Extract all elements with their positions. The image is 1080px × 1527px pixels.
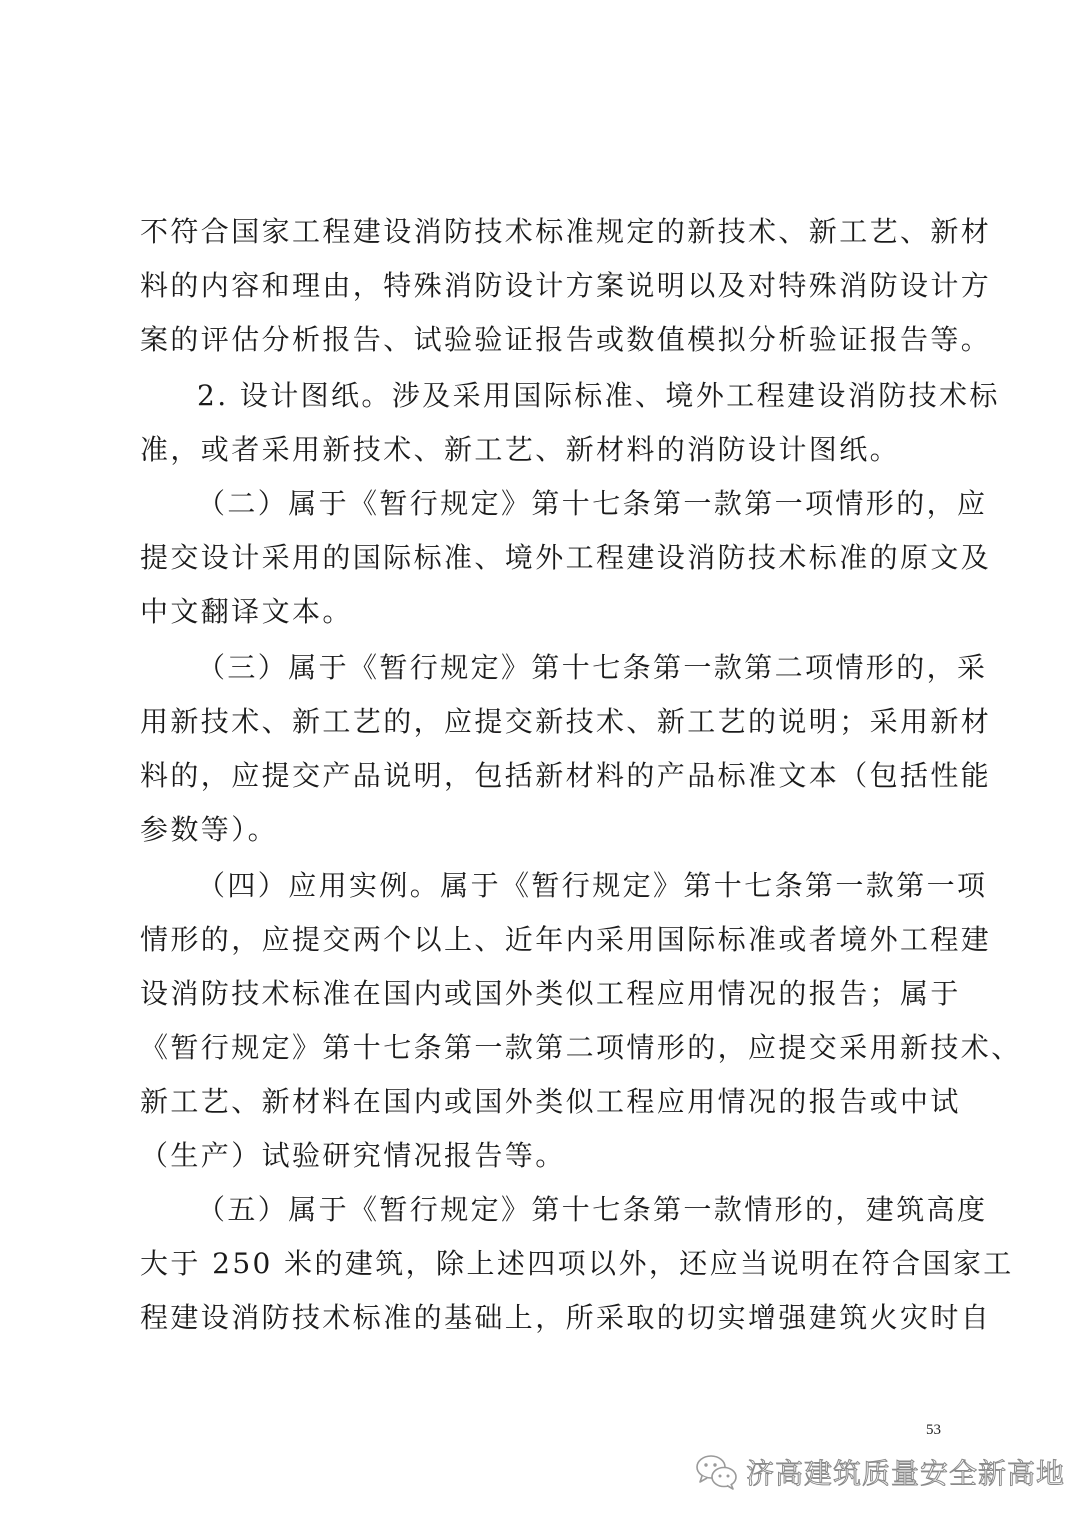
text-line: 情形的，应提交两个以上、近年内采用国际标准或者境外工程建 bbox=[140, 920, 940, 960]
text-line: （四）应用实例。属于《暂行规定》第十七条第一款第一项 bbox=[197, 866, 940, 906]
text-line: 准，或者采用新技术、新工艺、新材料的消防设计图纸。 bbox=[140, 430, 940, 470]
wechat-icon bbox=[694, 1453, 740, 1491]
document-page: 不符合国家工程建设消防技术标准规定的新技术、新工艺、新材料的内容和理由，特殊消防… bbox=[0, 0, 1080, 1527]
text-line: 提交设计采用的国际标准、境外工程建设消防技术标准的原文及 bbox=[140, 538, 940, 578]
text-line: 料的，应提交产品说明，包括新材料的产品标准文本（包括性能 bbox=[140, 756, 940, 796]
text-line: 设消防技术标准在国内或国外类似工程应用情况的报告；属于 bbox=[140, 974, 940, 1014]
text-line: 不符合国家工程建设消防技术标准规定的新技术、新工艺、新材 bbox=[140, 212, 940, 252]
text-line: 案的评估分析报告、试验验证报告或数值模拟分析验证报告等。 bbox=[140, 320, 940, 360]
watermark-text: 济高建筑质量安全新高地 bbox=[746, 1452, 1065, 1492]
text-line: （生产）试验研究情况报告等。 bbox=[140, 1136, 940, 1176]
text-line: 料的内容和理由，特殊消防设计方案说明以及对特殊消防设计方 bbox=[140, 266, 940, 306]
watermark: 济高建筑质量安全新高地 bbox=[694, 1450, 1065, 1494]
page-number: 53 bbox=[926, 1422, 941, 1439]
text-line: 《暂行规定》第十七条第一款第二项情形的，应提交采用新技术、 bbox=[140, 1028, 940, 1068]
text-line: 参数等）。 bbox=[140, 810, 940, 850]
text-line: 大于 250 米的建筑，除上述四项以外，还应当说明在符合国家工 bbox=[140, 1244, 940, 1284]
text-line: （五）属于《暂行规定》第十七条第一款情形的，建筑高度 bbox=[197, 1190, 940, 1230]
text-line: 用新技术、新工艺的，应提交新技术、新工艺的说明；采用新材 bbox=[140, 702, 940, 742]
text-line: 2. 设计图纸。涉及采用国际标准、境外工程建设消防技术标 bbox=[197, 376, 940, 416]
text-line: 程建设消防技术标准的基础上，所采取的切实增强建筑火灾时自 bbox=[140, 1298, 940, 1338]
text-line: （二）属于《暂行规定》第十七条第一款第一项情形的，应 bbox=[197, 484, 940, 524]
text-line: 中文翻译文本。 bbox=[140, 592, 940, 632]
text-line: （三）属于《暂行规定》第十七条第一款第二项情形的，采 bbox=[197, 648, 940, 688]
text-line: 新工艺、新材料在国内或国外类似工程应用情况的报告或中试 bbox=[140, 1082, 940, 1122]
